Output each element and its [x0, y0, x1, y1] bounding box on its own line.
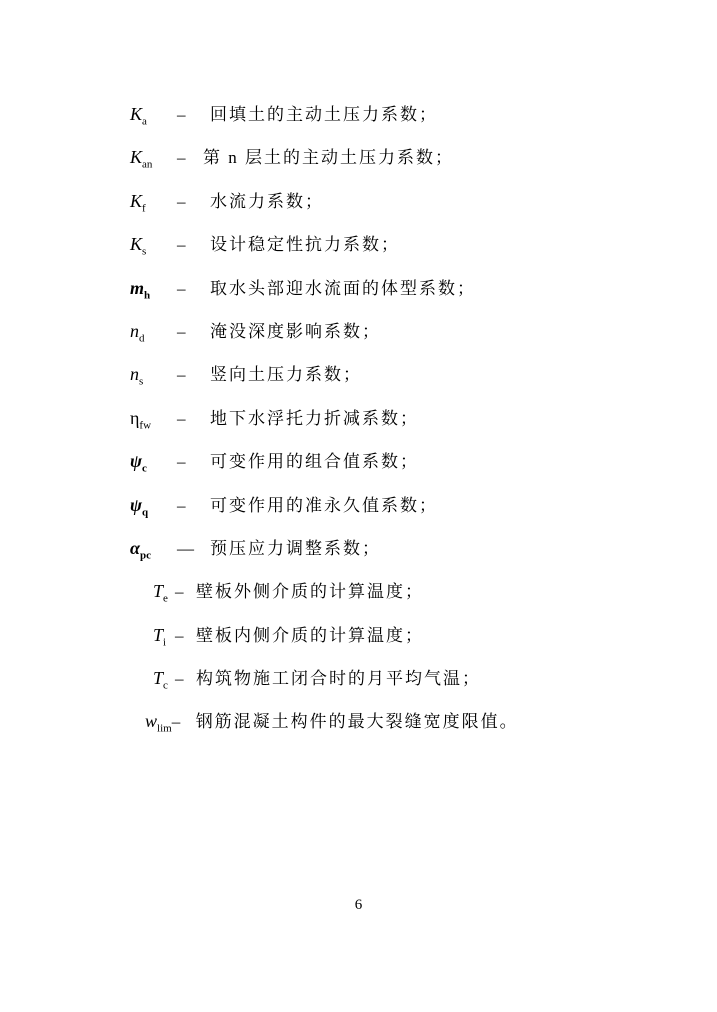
definition-text: 可变作用的组合值系数；: [210, 452, 419, 472]
symbol-psi-c: ψc: [130, 451, 177, 471]
symbol-definitions-list: Ka – 回填土的主动土压力系数； Kan – 第 n 层土的主动土压力系数； …: [130, 104, 677, 755]
symbol-definition-row: ns – 竖向土压力系数；: [130, 364, 677, 407]
definition-text: 设计稳定性抗力系数；: [210, 235, 400, 255]
dash-separator: –: [177, 365, 203, 385]
symbol-base: T: [153, 625, 163, 645]
symbol-Te: Te: [153, 581, 175, 601]
symbol-Kan: Kan: [130, 147, 177, 167]
symbol-definition-row: nd – 淹没深度影响系数；: [130, 321, 677, 364]
dash-separator: –: [175, 669, 196, 689]
symbol-subscript: d: [139, 333, 145, 345]
symbol-Kf: Kf: [130, 191, 177, 211]
symbol-definition-row: Kan – 第 n 层土的主动土压力系数；: [130, 147, 677, 190]
symbol-subscript: s: [139, 376, 143, 388]
page-number: 6: [0, 897, 717, 914]
dash-separator: –: [177, 192, 203, 212]
symbol-definition-row: mh – 取水头部迎水流面的体型系数；: [130, 278, 677, 321]
definition-text: 预压应力调整系数；: [210, 539, 381, 559]
symbol-subscript: a: [142, 116, 147, 128]
symbol-base: K: [130, 234, 142, 254]
symbol-w-lim: wlim: [145, 711, 172, 731]
symbol-eta-fw: ηfw: [130, 408, 177, 428]
symbol-subscript: an: [142, 159, 152, 171]
symbol-base: α: [130, 538, 140, 558]
symbol-base: η: [130, 408, 139, 428]
symbol-ns: ns: [130, 364, 177, 384]
dash-separator: –: [172, 712, 186, 732]
definition-text: 取水头部迎水流面的体型系数；: [210, 279, 476, 299]
symbol-base: m: [130, 278, 144, 298]
definition-text: 水流力系数；: [210, 192, 324, 212]
document-page: Ka – 回填土的主动土压力系数； Kan – 第 n 层土的主动土压力系数； …: [0, 0, 717, 1012]
dash-separator: –: [177, 235, 203, 255]
definition-text: 可变作用的准永久值系数；: [210, 496, 438, 516]
symbol-base: n: [130, 364, 139, 384]
symbol-Ti: Ti: [153, 625, 175, 645]
dash-separator: –: [177, 105, 203, 125]
symbol-subscript: q: [142, 506, 148, 518]
symbol-base: K: [130, 147, 142, 167]
symbol-definition-row: Ka – 回填土的主动土压力系数；: [130, 104, 677, 147]
definition-text: 回填土的主动土压力系数；: [210, 105, 438, 125]
symbol-base: T: [153, 581, 163, 601]
symbol-mh: mh: [130, 278, 177, 298]
symbol-subscript: c: [142, 463, 147, 475]
definition-text: 竖向土压力系数；: [210, 365, 362, 385]
symbol-subscript: c: [163, 680, 168, 692]
symbol-base: n: [130, 321, 139, 341]
definition-text: 壁板内侧介质的计算温度；: [196, 626, 424, 646]
definition-text: 构筑物施工闭合时的月平均气温；: [196, 669, 481, 689]
definition-text: 第 n 层土的主动土压力系数；: [203, 148, 454, 168]
symbol-definition-row: αpc — 预压应力调整系数；: [130, 538, 677, 581]
dash-separator: –: [177, 409, 203, 429]
dash-separator: –: [177, 322, 203, 342]
symbol-subscript: pc: [140, 550, 151, 562]
symbol-base: ψ: [130, 495, 142, 515]
symbol-psi-q: ψq: [130, 495, 177, 515]
symbol-definition-row: Te – 壁板外侧介质的计算温度；: [153, 581, 677, 624]
symbol-definition-row: Ti – 壁板内侧介质的计算温度；: [153, 625, 677, 668]
symbol-base: K: [130, 191, 142, 211]
symbol-definition-row: ηfw – 地下水浮托力折减系数；: [130, 408, 677, 451]
symbol-definition-row: Kf – 水流力系数；: [130, 191, 677, 234]
symbol-Tc: Tc: [153, 668, 175, 688]
symbol-subscript: i: [163, 636, 166, 648]
symbol-subscript: f: [142, 202, 146, 214]
definition-text: 壁板外侧介质的计算温度；: [196, 582, 424, 602]
definition-text: 地下水浮托力折减系数；: [210, 409, 419, 429]
symbol-base: K: [130, 104, 142, 124]
symbol-subscript: h: [144, 289, 150, 301]
definition-text: 淹没深度影响系数；: [210, 322, 381, 342]
dash-separator: –: [175, 582, 196, 602]
definition-text: 钢筋混凝土构件的最大裂缝宽度限值。: [196, 712, 519, 732]
symbol-subscript: s: [142, 246, 146, 258]
symbol-Ks: Ks: [130, 234, 177, 254]
symbol-alpha-pc: αpc: [130, 538, 177, 558]
dash-separator: –: [177, 148, 203, 168]
dash-separator: —: [177, 539, 203, 559]
dash-separator: –: [177, 279, 203, 299]
symbol-base: T: [153, 668, 163, 688]
symbol-definition-row: Ks – 设计稳定性抗力系数；: [130, 234, 677, 277]
symbol-base: ψ: [130, 451, 142, 471]
symbol-nd: nd: [130, 321, 177, 341]
symbol-definition-row: ψc – 可变作用的组合值系数；: [130, 451, 677, 494]
symbol-Ka: Ka: [130, 104, 177, 124]
symbol-base: w: [145, 711, 157, 731]
symbol-definition-row: ψq – 可变作用的准永久值系数；: [130, 495, 677, 538]
dash-separator: –: [177, 496, 203, 516]
symbol-definition-row: wlim – 钢筋混凝土构件的最大裂缝宽度限值。: [145, 711, 677, 754]
symbol-definition-row: Tc – 构筑物施工闭合时的月平均气温；: [153, 668, 677, 711]
symbol-subscript: e: [163, 593, 168, 605]
dash-separator: –: [175, 626, 196, 646]
symbol-subscript: lim: [157, 723, 172, 735]
dash-separator: –: [177, 452, 203, 472]
symbol-subscript: fw: [139, 419, 151, 431]
